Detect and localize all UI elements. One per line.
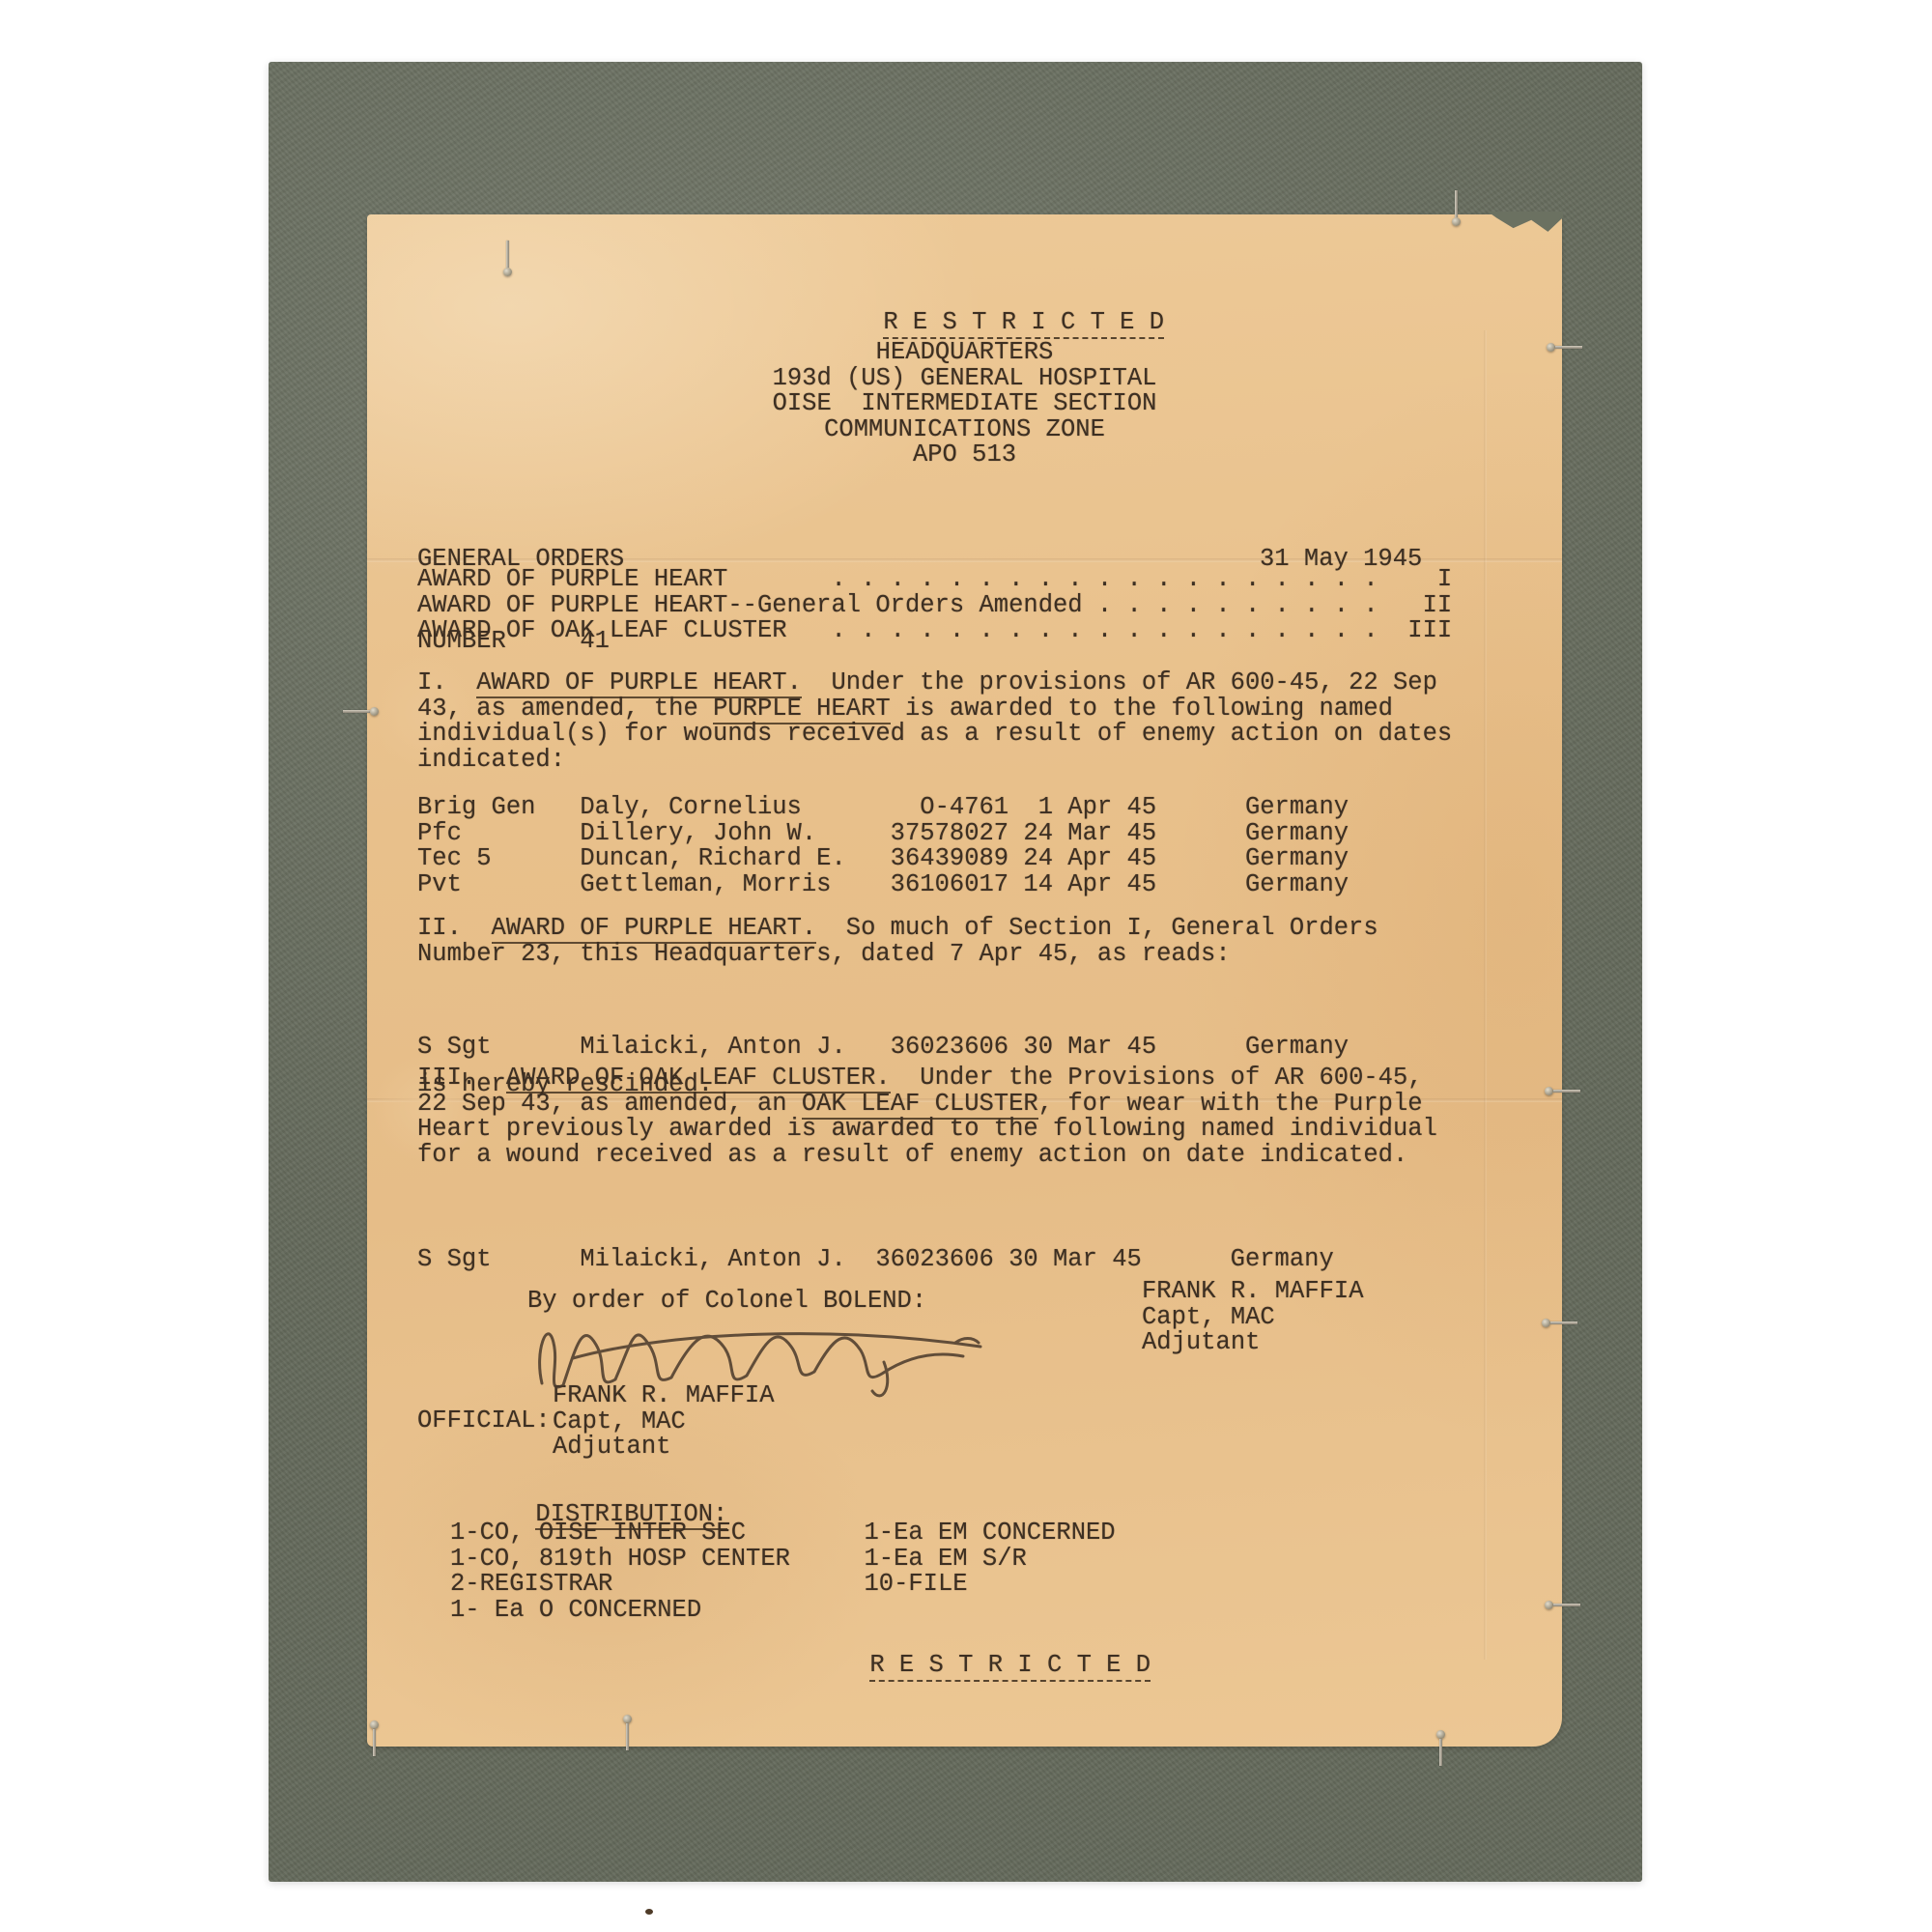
pin-head (1545, 1087, 1553, 1095)
table-of-contents: AWARD OF PURPLE HEART . . . . . . . . . … (417, 567, 1452, 644)
doc-line: for a wound received as a result of enem… (417, 1143, 1437, 1169)
straight-pin (1539, 1318, 1579, 1327)
pin-head (1436, 1730, 1445, 1739)
doc-line: AWARD OF OAK LEAF CLUSTER . . . . . . . … (417, 618, 1452, 644)
pin-head (370, 1720, 379, 1729)
doc-line: Pfc Dillery, John W. 37578027 24 Mar 45 … (417, 821, 1349, 847)
typewritten-text-layer: R E S T R I C T E D HEADQUARTERS193d (US… (367, 214, 1562, 1747)
pin-head (1545, 1601, 1553, 1609)
doc-line: 2-REGISTRAR 10-FILE (450, 1572, 1116, 1598)
doc-line: COMMUNICATIONS ZONE (367, 417, 1562, 443)
straight-pin (1435, 1727, 1445, 1768)
award-recipients-table: Brig Gen Daly, Cornelius O-4761 1 Apr 45… (417, 795, 1349, 897)
pin-head (1547, 343, 1555, 352)
pin-head (623, 1715, 632, 1723)
headquarters-block: HEADQUARTERS193d (US) GENERAL HOSPITALOI… (367, 340, 1562, 469)
pin-shaft (1555, 346, 1582, 349)
doc-line: Number 23, this Headquarters, dated 7 Ap… (417, 942, 1378, 968)
doc-line: 1- Ea O CONCERNED (450, 1598, 1116, 1624)
straight-pin (1542, 1600, 1582, 1609)
straight-pin (502, 238, 512, 278)
pin-shaft (373, 1729, 376, 1756)
doc-line: Heart previously awarded is awarded to t… (417, 1117, 1437, 1143)
doc-line: OISE INTERMEDIATE SECTION (367, 391, 1562, 417)
pin-shaft (343, 710, 370, 713)
doc-line: III. AWARD OF OAK LEAF CLUSTER. Under th… (417, 1065, 1437, 1092)
pin-head (1452, 217, 1461, 226)
doc-line: Capt, MAC (1142, 1305, 1364, 1331)
doc-line: APO 513 (367, 442, 1562, 469)
straight-pin (1542, 1086, 1582, 1095)
doc-line: Brig Gen Daly, Cornelius O-4761 1 Apr 45… (417, 795, 1349, 821)
pin-shaft (1455, 190, 1458, 217)
straight-pin (1544, 342, 1584, 352)
doc-line: 1-CO, 819th HOSP CENTER 1-Ea EM S/R (450, 1547, 1116, 1573)
restricted-top-text: R E S T R I C T E D (883, 308, 1164, 339)
doc-line: HEADQUARTERS (367, 340, 1562, 366)
pin-shaft (626, 1723, 629, 1750)
doc-line: Tec 5 Duncan, Richard E. 36439089 24 Apr… (417, 846, 1349, 872)
distribution-list: 1-CO, OISE INTER SEC 1-Ea EM CONCERNED1-… (450, 1520, 1116, 1623)
typed-document-sheet: R E S T R I C T E D HEADQUARTERS193d (US… (367, 214, 1562, 1747)
doc-line: II. AWARD OF PURPLE HEART. So much of Se… (417, 916, 1378, 942)
doc-line: AWARD OF PURPLE HEART . . . . . . . . . … (417, 567, 1452, 593)
pin-shaft (1553, 1604, 1580, 1606)
adjutant-signature-block-right: FRANK R. MAFFIACapt, MACAdjutant (1142, 1279, 1364, 1356)
signature-svg (526, 1302, 1029, 1413)
doc-line: individual(s) for wounds received as a r… (417, 722, 1452, 748)
pin-shaft (1553, 1090, 1580, 1093)
pin-head (370, 707, 379, 716)
doc-line: 22 Sep 43, as amended, an OAK LEAF CLUST… (417, 1092, 1437, 1118)
dirt-speck (645, 1909, 653, 1915)
restricted-bottom-text: R E S T R I C T E D (869, 1651, 1151, 1682)
doc-line: Pvt Gettleman, Morris 36106017 14 Apr 45… (417, 872, 1349, 898)
pin-shaft (506, 241, 509, 268)
doc-line: 193d (US) GENERAL HOSPITAL (367, 366, 1562, 392)
straight-pin (369, 1718, 379, 1758)
section-1-paragraph: I. AWARD OF PURPLE HEART. Under the prov… (417, 670, 1452, 773)
pin-shaft (1550, 1321, 1577, 1324)
straight-pin (622, 1712, 632, 1752)
restricted-footer: R E S T R I C T E D (354, 1623, 1548, 1707)
doc-line: FRANK R. MAFFIA (1142, 1279, 1364, 1305)
photo-canvas: R E S T R I C T E D HEADQUARTERS193d (US… (0, 0, 1932, 1932)
signature-scrawl (526, 1302, 1029, 1413)
straight-pin (1451, 187, 1461, 228)
doc-line: indicated: (417, 748, 1452, 774)
section-2-paragraph: II. AWARD OF PURPLE HEART. So much of Se… (417, 916, 1378, 967)
pin-head (503, 268, 512, 276)
doc-line: Adjutant (1142, 1330, 1364, 1356)
doc-line: I. AWARD OF PURPLE HEART. Under the prov… (417, 670, 1452, 696)
pin-head (1542, 1319, 1550, 1327)
pin-shaft (1439, 1739, 1442, 1766)
doc-line: 43, as amended, the PURPLE HEART is awar… (417, 696, 1452, 723)
doc-line: Adjutant (553, 1435, 775, 1461)
doc-line: AWARD OF PURPLE HEART--General Orders Am… (417, 593, 1452, 619)
section-3-paragraph: III. AWARD OF OAK LEAF CLUSTER. Under th… (417, 1065, 1437, 1168)
doc-line: 1-CO, OISE INTER SEC 1-Ea EM CONCERNED (450, 1520, 1116, 1547)
straight-pin (340, 706, 381, 716)
